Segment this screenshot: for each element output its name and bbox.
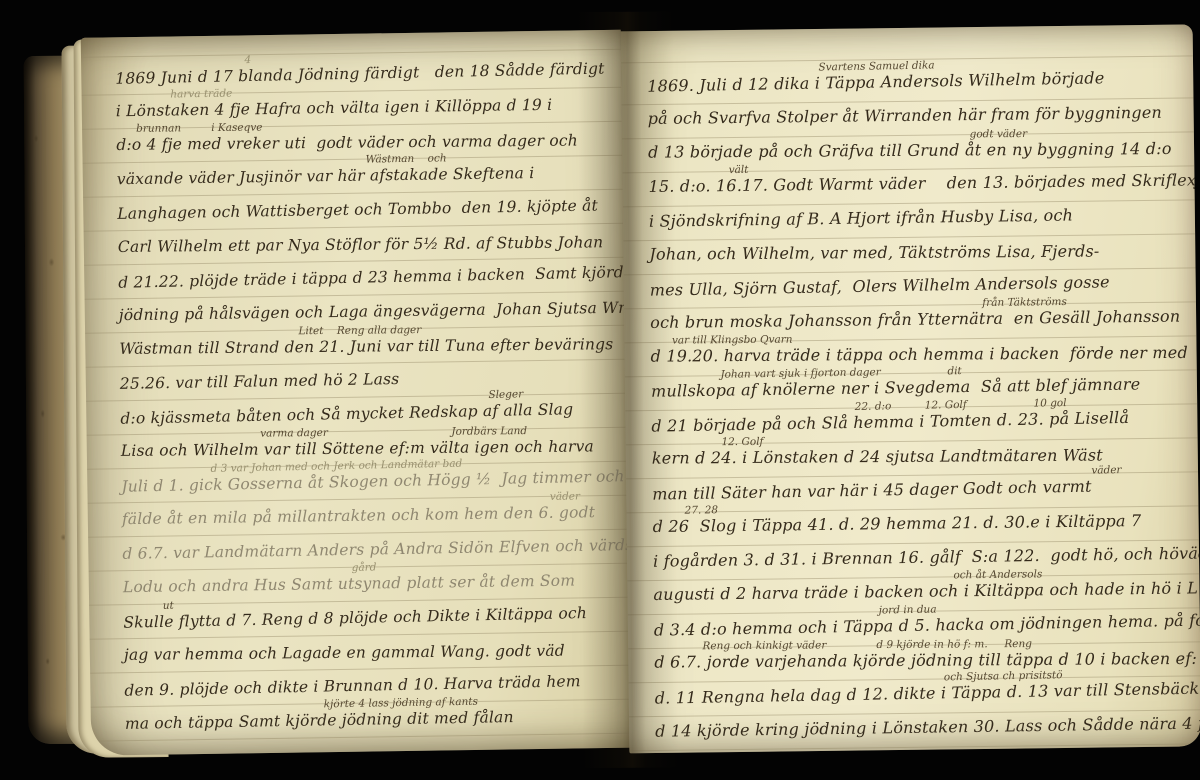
line-text: d 13 började på och Gräfva till Grund åt… bbox=[648, 139, 1172, 162]
line-text: Wästman till Strand den 21. Juni var til… bbox=[119, 335, 613, 358]
interlinear-note: 12. Golf bbox=[721, 436, 763, 448]
interlinear-note: jord in dua bbox=[879, 603, 937, 616]
line-text: Lisa och Wilhelm var till Söttene ef:m v… bbox=[121, 437, 594, 460]
manuscript-line: Langhagen och Wattisberget och Tombbo de… bbox=[117, 195, 616, 238]
interlinear-note: harva träde bbox=[170, 88, 232, 101]
photo-stage: 41869 Juni d 17 blanda Jödning färdigt d… bbox=[0, 0, 1200, 780]
line-text: Carl Wilhelm ett par Nya Stöflor för 5½ … bbox=[118, 233, 604, 256]
interlinear-note: och Sjutsa ch prisitstö bbox=[944, 669, 1063, 683]
interlinear-note: Svartens Samuel dika bbox=[818, 59, 934, 73]
interlinear-note: Litet Reng alla dager bbox=[298, 324, 421, 337]
interlinear-note: från Täktströms bbox=[982, 296, 1067, 309]
interlinear-note: var till Klingsbo Qvarn bbox=[672, 334, 793, 347]
interlinear-note: vält bbox=[729, 164, 749, 176]
line-text: jag var hemma och Lagade en gammal Wang.… bbox=[124, 642, 565, 664]
line-text: kern d 24. i Lönstaken d 24 sjutsa Landt… bbox=[652, 445, 1103, 467]
interlinear-note: varma dager Jordbärs Land bbox=[260, 425, 527, 440]
manuscript-line: kjörte 4 lass jödning af kantsma och täp… bbox=[125, 705, 624, 748]
open-diary-book: 41869 Juni d 17 blanda Jödning färdigt d… bbox=[21, 8, 1186, 772]
interlinear-note: brunnan i Kaseqve bbox=[136, 122, 262, 135]
interlinear-note: godt väder bbox=[970, 128, 1028, 140]
interlinear-note: väder bbox=[550, 490, 580, 502]
interlinear-note: Sleger bbox=[488, 388, 523, 401]
line-text: växande väder Jusjinör var här afstakade… bbox=[117, 164, 535, 188]
manuscript-line: d 14 kjörde kring jödning i Lönstaken 30… bbox=[655, 714, 1191, 754]
manuscript-line: på och Svarfva Stolper åt Wirranden här … bbox=[648, 103, 1184, 144]
interlinear-note: ut bbox=[163, 600, 174, 612]
interlinear-note: 4 bbox=[244, 54, 251, 66]
interlinear-note: gård bbox=[352, 561, 377, 573]
right-page-lines: Svartens Samuel dika1869. Juli d 12 dika… bbox=[621, 24, 1200, 753]
left-page: 41869 Juni d 17 blanda Jödning färdigt d… bbox=[81, 30, 632, 756]
interlinear-note: Reng och kinkigt väder d 9 kjörde in hö … bbox=[702, 638, 1032, 652]
left-page-lines: 41869 Juni d 17 blanda Jödning färdigt d… bbox=[81, 30, 632, 756]
interlinear-note: väder bbox=[1091, 464, 1121, 477]
line-text: 25.26. var till Falun med hö 2 Lass bbox=[120, 370, 400, 393]
line-text: 1869 Juni d 17 blanda Jödning färdigt de… bbox=[115, 60, 605, 88]
interlinear-note: och åt Andersols bbox=[953, 568, 1042, 581]
line-text: d 6.7. jorde varjehanda kjörde jödning t… bbox=[654, 649, 1200, 672]
interlinear-note: 27. 28 bbox=[685, 504, 719, 516]
line-text: Johan, och Wilhelm, var med, Täktströms … bbox=[649, 241, 1099, 263]
right-page: Svartens Samuel dika1869. Juli d 12 dika… bbox=[621, 24, 1200, 753]
line-text: d:o 4 fje med vreker uti godt väder och … bbox=[116, 132, 578, 154]
line-text: Lodu och andra Hus Samt utsynad platt se… bbox=[123, 572, 576, 597]
line-text: d 19.20. harva träde i täppa och hemma i… bbox=[651, 343, 1188, 366]
manuscript-line: i Sjöndskrifning af B. A Hjort ifrån Hus… bbox=[649, 204, 1185, 246]
interlinear-note: Wästman och bbox=[365, 152, 446, 165]
